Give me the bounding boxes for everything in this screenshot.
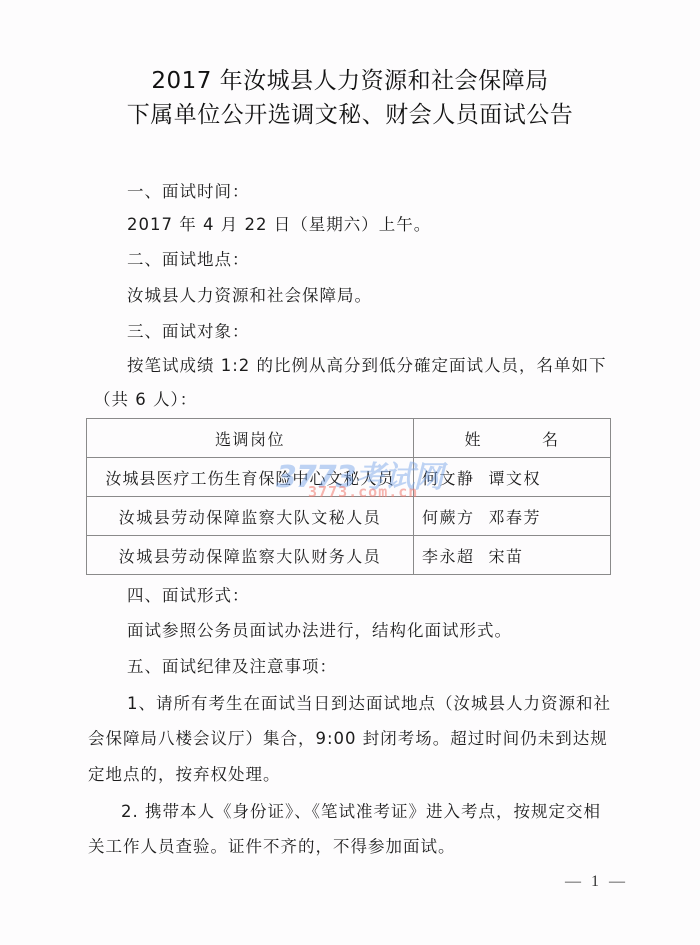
name-1: 何蕨方 (422, 508, 475, 527)
section-2-heading: 二、面试地点： (127, 246, 250, 270)
section-4-body: 面试参照公务员面试办法进行，结构化面试形式。 (127, 617, 512, 641)
section-5-heading: 五、面试纪律及注意事项： (127, 653, 337, 677)
header-position: 选调岗位 (87, 419, 414, 458)
row-position: 汝城县医疗工伤生育保险中心文秘人员 (87, 458, 414, 497)
table-row: 汝城县医疗工伤生育保险中心文秘人员 何文静谭文权 (87, 458, 611, 497)
name-2: 宋苗 (489, 547, 524, 566)
table-row: 汝城县劳动保障监察大队财务人员 李永超宋苗 (87, 536, 611, 575)
row-position: 汝城县劳动保障监察大队文秘人员 (87, 497, 414, 536)
interviewee-table: 选调岗位 姓名 汝城县医疗工伤生育保险中心文秘人员 何文静谭文权 汝城县劳动保障… (86, 418, 611, 575)
header-name: 姓名 (414, 419, 611, 458)
header-name-b: 名 (542, 430, 560, 449)
section-1-heading: 一、面试时间： (127, 178, 250, 202)
section-2-body: 汝城县人力资源和社会保障局。 (127, 282, 372, 306)
table-header-row: 选调岗位 姓名 (87, 419, 611, 458)
row-names: 何蕨方邓春芳 (414, 497, 611, 536)
rule-2-line2: 关工作人员查验。证件不齐的，不得参加面试。 (88, 833, 456, 857)
name-2: 邓春芳 (489, 508, 542, 527)
section-3-body-line1: 按笔试成绩 1:2 的比例从高分到低分確定面试人员，名单如下 (127, 352, 607, 376)
title-line-1: 2017 年汝城县人力资源和社会保障局 (0, 62, 700, 95)
section-3-body-line2: （共 6 人）： (94, 386, 197, 410)
section-4-heading: 四、面试形式： (127, 582, 250, 606)
name-1: 李永超 (422, 547, 475, 566)
row-names: 李永超宋苗 (414, 536, 611, 575)
page-number: — 1 — (565, 873, 628, 891)
name-1: 何文静 (422, 469, 475, 488)
table-row: 汝城县劳动保障监察大队文秘人员 何蕨方邓春芳 (87, 497, 611, 536)
row-position: 汝城县劳动保障监察大队财务人员 (87, 536, 414, 575)
header-name-a: 姓 (464, 430, 482, 449)
section-3-heading: 三、面试对象： (127, 318, 250, 342)
rule-2-line1: 2. 携带本人《身份证》、《笔试准考证》进入考点，按规定交相 (121, 798, 601, 822)
section-1-body: 2017 年 4 月 22 日（星期六）上午。 (127, 211, 431, 235)
rule-1-line1: 1、请所有考生在面试当日到达面试地点（汝城县人力资源和社 (127, 690, 611, 714)
rule-1-line3: 定地点的，按弃权处理。 (88, 761, 281, 785)
rule-1-line2: 会保障局八楼会议厅）集合，9:00 封闭考场。超过时间仍未到达规 (88, 725, 608, 749)
title-line-2: 下属单位公开选调文秘、财会人员面试公告 (0, 96, 700, 129)
name-2: 谭文权 (489, 469, 542, 488)
row-names: 何文静谭文权 (414, 458, 611, 497)
